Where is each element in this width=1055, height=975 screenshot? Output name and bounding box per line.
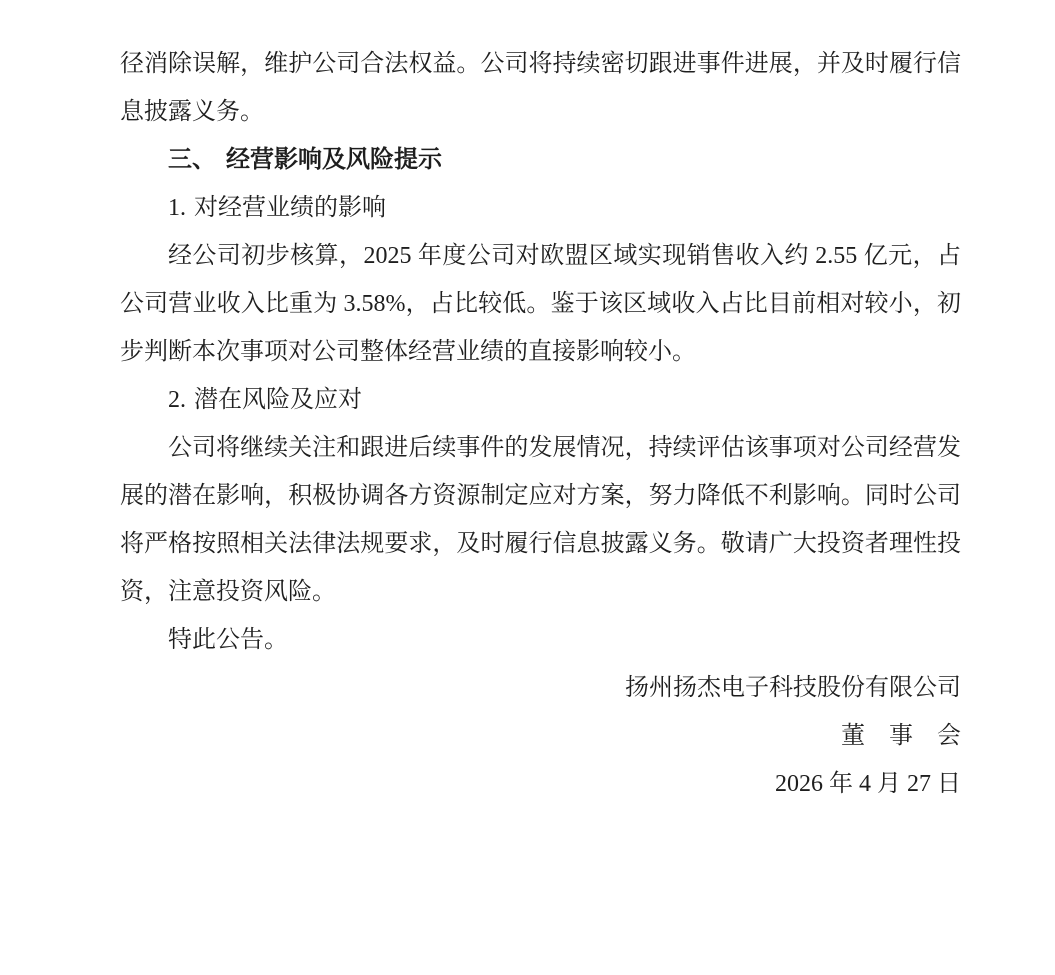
signature-block: 扬州扬杰电子科技股份有限公司 董 事 会 2026 年 4 月 27 日 [120, 664, 961, 808]
subheading-2-title: 潜在风险及应对 [194, 387, 362, 413]
signature-board-of-directors: 董 事 会 [120, 712, 961, 760]
signature-date: 2026 年 4 月 27 日 [120, 760, 961, 808]
section-heading-number: 三、 [168, 147, 216, 173]
subheading-potential-risk: 2.潜在风险及应对 [120, 376, 961, 424]
signature-company-name: 扬州扬杰电子科技股份有限公司 [120, 664, 961, 712]
closing-statement: 特此公告。 [120, 616, 961, 664]
subheading-operating-impact: 1.对经营业绩的影响 [120, 184, 961, 232]
section-heading: 三、经营影响及风险提示 [120, 136, 961, 184]
announcement-page: 径消除误解，维护公司合法权益。公司将持续密切跟进事件进展，并及时履行信息披露义务… [0, 0, 1055, 975]
paragraph-operating-impact: 经公司初步核算，2025 年度公司对欧盟区域实现销售收入约 2.55 亿元，占公… [120, 232, 961, 376]
subheading-1-title: 对经营业绩的影响 [194, 195, 386, 221]
paragraph-potential-risk: 公司将继续关注和跟进后续事件的发展情况，持续评估该事项对公司经营发展的潜在影响，… [120, 424, 961, 616]
subheading-1-number: 1. [168, 195, 186, 221]
section-heading-title: 经营影响及风险提示 [226, 147, 442, 173]
paragraph-continuation: 径消除误解，维护公司合法权益。公司将持续密切跟进事件进展，并及时履行信息披露义务… [120, 40, 961, 136]
subheading-2-number: 2. [168, 387, 186, 413]
